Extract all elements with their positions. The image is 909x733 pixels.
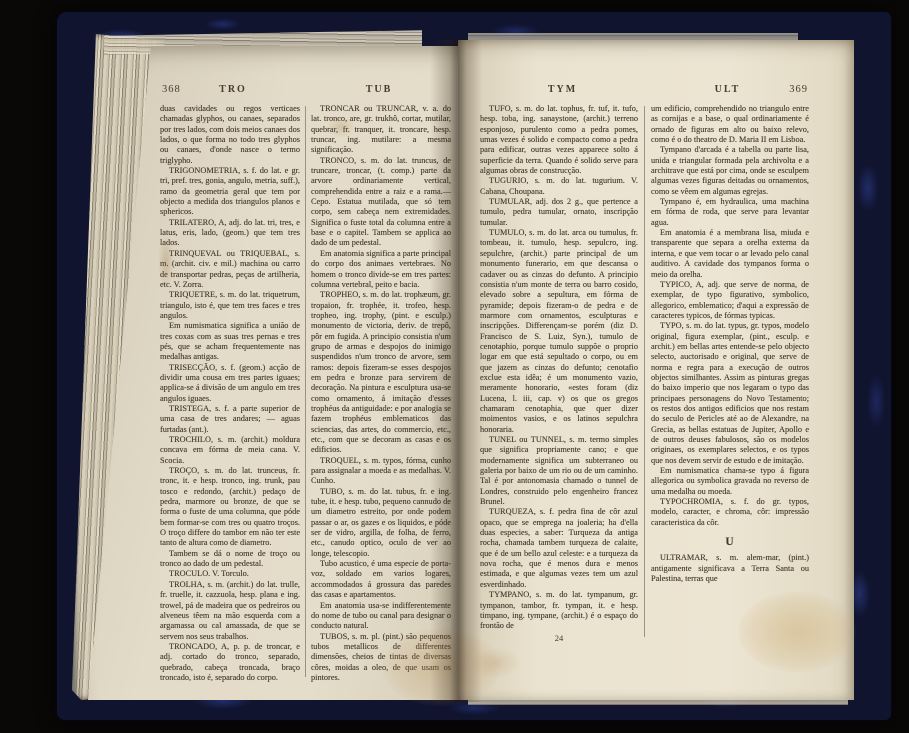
paragraph: Em numismatica significa a união de tres… [160, 321, 300, 362]
right-page-column-1: TUFO, s. m. do lat. tophus, fr. tuf, it.… [480, 104, 638, 632]
paragraph: TUNEL ou TUNNEL, s. m. termo simples que… [480, 435, 638, 507]
paragraph: TYPICO, A, adj. que serve de norma, de e… [651, 280, 809, 321]
paragraph: TRILATERO, A, adj. do lat. tri, tres, e … [160, 218, 300, 249]
paragraph: Em numismatica chama-se typo á figura al… [651, 466, 809, 497]
paragraph: TRONCAR ou TRUNCAR, v. a. do lat. tronco… [311, 104, 451, 156]
paragraph: Tympano d'arcada é a tabella ou parte li… [651, 145, 809, 197]
paragraph: TROCHILO, s. m. (archit.) moldura concav… [160, 435, 300, 466]
paragraph: Tambem se dá o nome de troço ou tronco a… [160, 549, 300, 570]
paragraph: TRINQUEVAL ou TRIQUEBAL, s. m. (archit. … [160, 249, 300, 290]
running-head-tro: TRO [160, 84, 306, 97]
running-head-tub: TUB [306, 84, 452, 97]
paragraph: duas cavidades ou regos verticaes chamad… [160, 104, 300, 166]
paragraph: TROÇO, s. m. do lat. trunceus, fr. tronc… [160, 466, 300, 549]
paragraph: TUMULO, s. m. do lat. arca ou tumulus, f… [480, 228, 638, 435]
signature-mark: 24 [480, 633, 638, 643]
book-photo: 368 TRO TUB duas cavidades ou regos vert… [0, 0, 909, 733]
paragraph: TYPOCHROMIA, s. f. do gr. typos, modelo,… [651, 497, 809, 528]
right-page: TYM ULT 369 TUFO, s. m. do lat. tophus, … [458, 40, 854, 700]
paragraph: Em anatomia é a membrana lisa, miuda e t… [651, 228, 809, 280]
paragraph: TROQUEL, s. m. typos, fórma, cunho para … [311, 456, 451, 487]
paragraph: Tympano é, em hydraulica, uma machina em… [651, 197, 809, 228]
paragraph: TYMPANO, s. m. do lat. tympanum, gr. tym… [480, 590, 638, 631]
right-page-header: TYM ULT 369 [480, 84, 810, 97]
paragraph: TUMULAR, adj. dos 2 g., que pertence a t… [480, 197, 638, 228]
running-head-tym: TYM [480, 84, 645, 97]
paragraph: TUBO, s. m. do lat. tubus, fr. e ing. tu… [311, 487, 451, 559]
left-page-header: 368 TRO TUB [160, 84, 452, 97]
paragraph: TROPHEO, s. m. do lat. trophæum, gr. tro… [311, 290, 451, 456]
left-page-column-1: duas cavidades ou regos verticaes chamad… [160, 104, 300, 683]
paragraph: Em anatomia significa a parte principal … [311, 249, 451, 290]
paragraph: Em anatomia usa-se indifferentemente do … [311, 601, 451, 632]
paragraph: TRONCADO, A, p. p. de troncar, e adj. co… [160, 642, 300, 683]
paragraph: um edificio, comprehendido no triangulo … [651, 104, 809, 145]
paragraph: TRISECÇÃO, s. f. (geom.) acção de dividi… [160, 363, 300, 404]
paragraph: TROLHA, s. m. (archit.) do lat. trulle, … [160, 580, 300, 642]
page-number: 369 [789, 84, 808, 95]
paragraph: TUBOS, s. m. pl. (pint.) são pequenos tu… [311, 632, 451, 684]
paragraph: TRIQUETRE, s. m. do lat. triquetrum, tri… [160, 290, 300, 321]
paragraph: TURQUEZA, s. f. pedra fina de côr azul o… [480, 507, 638, 590]
paragraph: ULTRAMAR, s. m. alem-mar, (pint.) antiga… [651, 553, 809, 584]
section-letter-U: U [651, 528, 809, 553]
right-page-column-1-wrap: TUFO, s. m. do lat. tophus, fr. tuf, it.… [480, 104, 638, 643]
column-rule [644, 106, 645, 637]
paragraph: TYPO, s. m. do lat. typus, gr. typos, mo… [651, 321, 809, 466]
paragraph: TRISTEGA, s. f. a parte superior de uma … [160, 404, 300, 435]
paragraph: TUFO, s. m. do lat. tophus, fr. tuf, it.… [480, 104, 638, 176]
paragraph: TROCULO. V. Torculo. [160, 569, 300, 579]
paragraph: TRONCO, s. m. do lat. truncus, de trunca… [311, 156, 451, 249]
left-page: 368 TRO TUB duas cavidades ou regos vert… [88, 46, 458, 700]
left-page-column-2: TRONCAR ou TRUNCAR, v. a. do lat. tronco… [311, 104, 451, 683]
paragraph: TRIGONOMETRIA, s. f. do lat. e gr. tri, … [160, 166, 300, 218]
column-rule [305, 106, 306, 677]
right-page-column-2: um edificio, comprehendido no triangulo … [651, 104, 809, 643]
running-head-ult: ULT [645, 84, 810, 97]
paragraph: Tubo acustico, é uma especie de porta-vo… [311, 559, 451, 600]
page-number: 368 [162, 84, 181, 95]
paragraph: TUGURIO, s. m. do lat. tugurium. V. Caba… [480, 176, 638, 197]
